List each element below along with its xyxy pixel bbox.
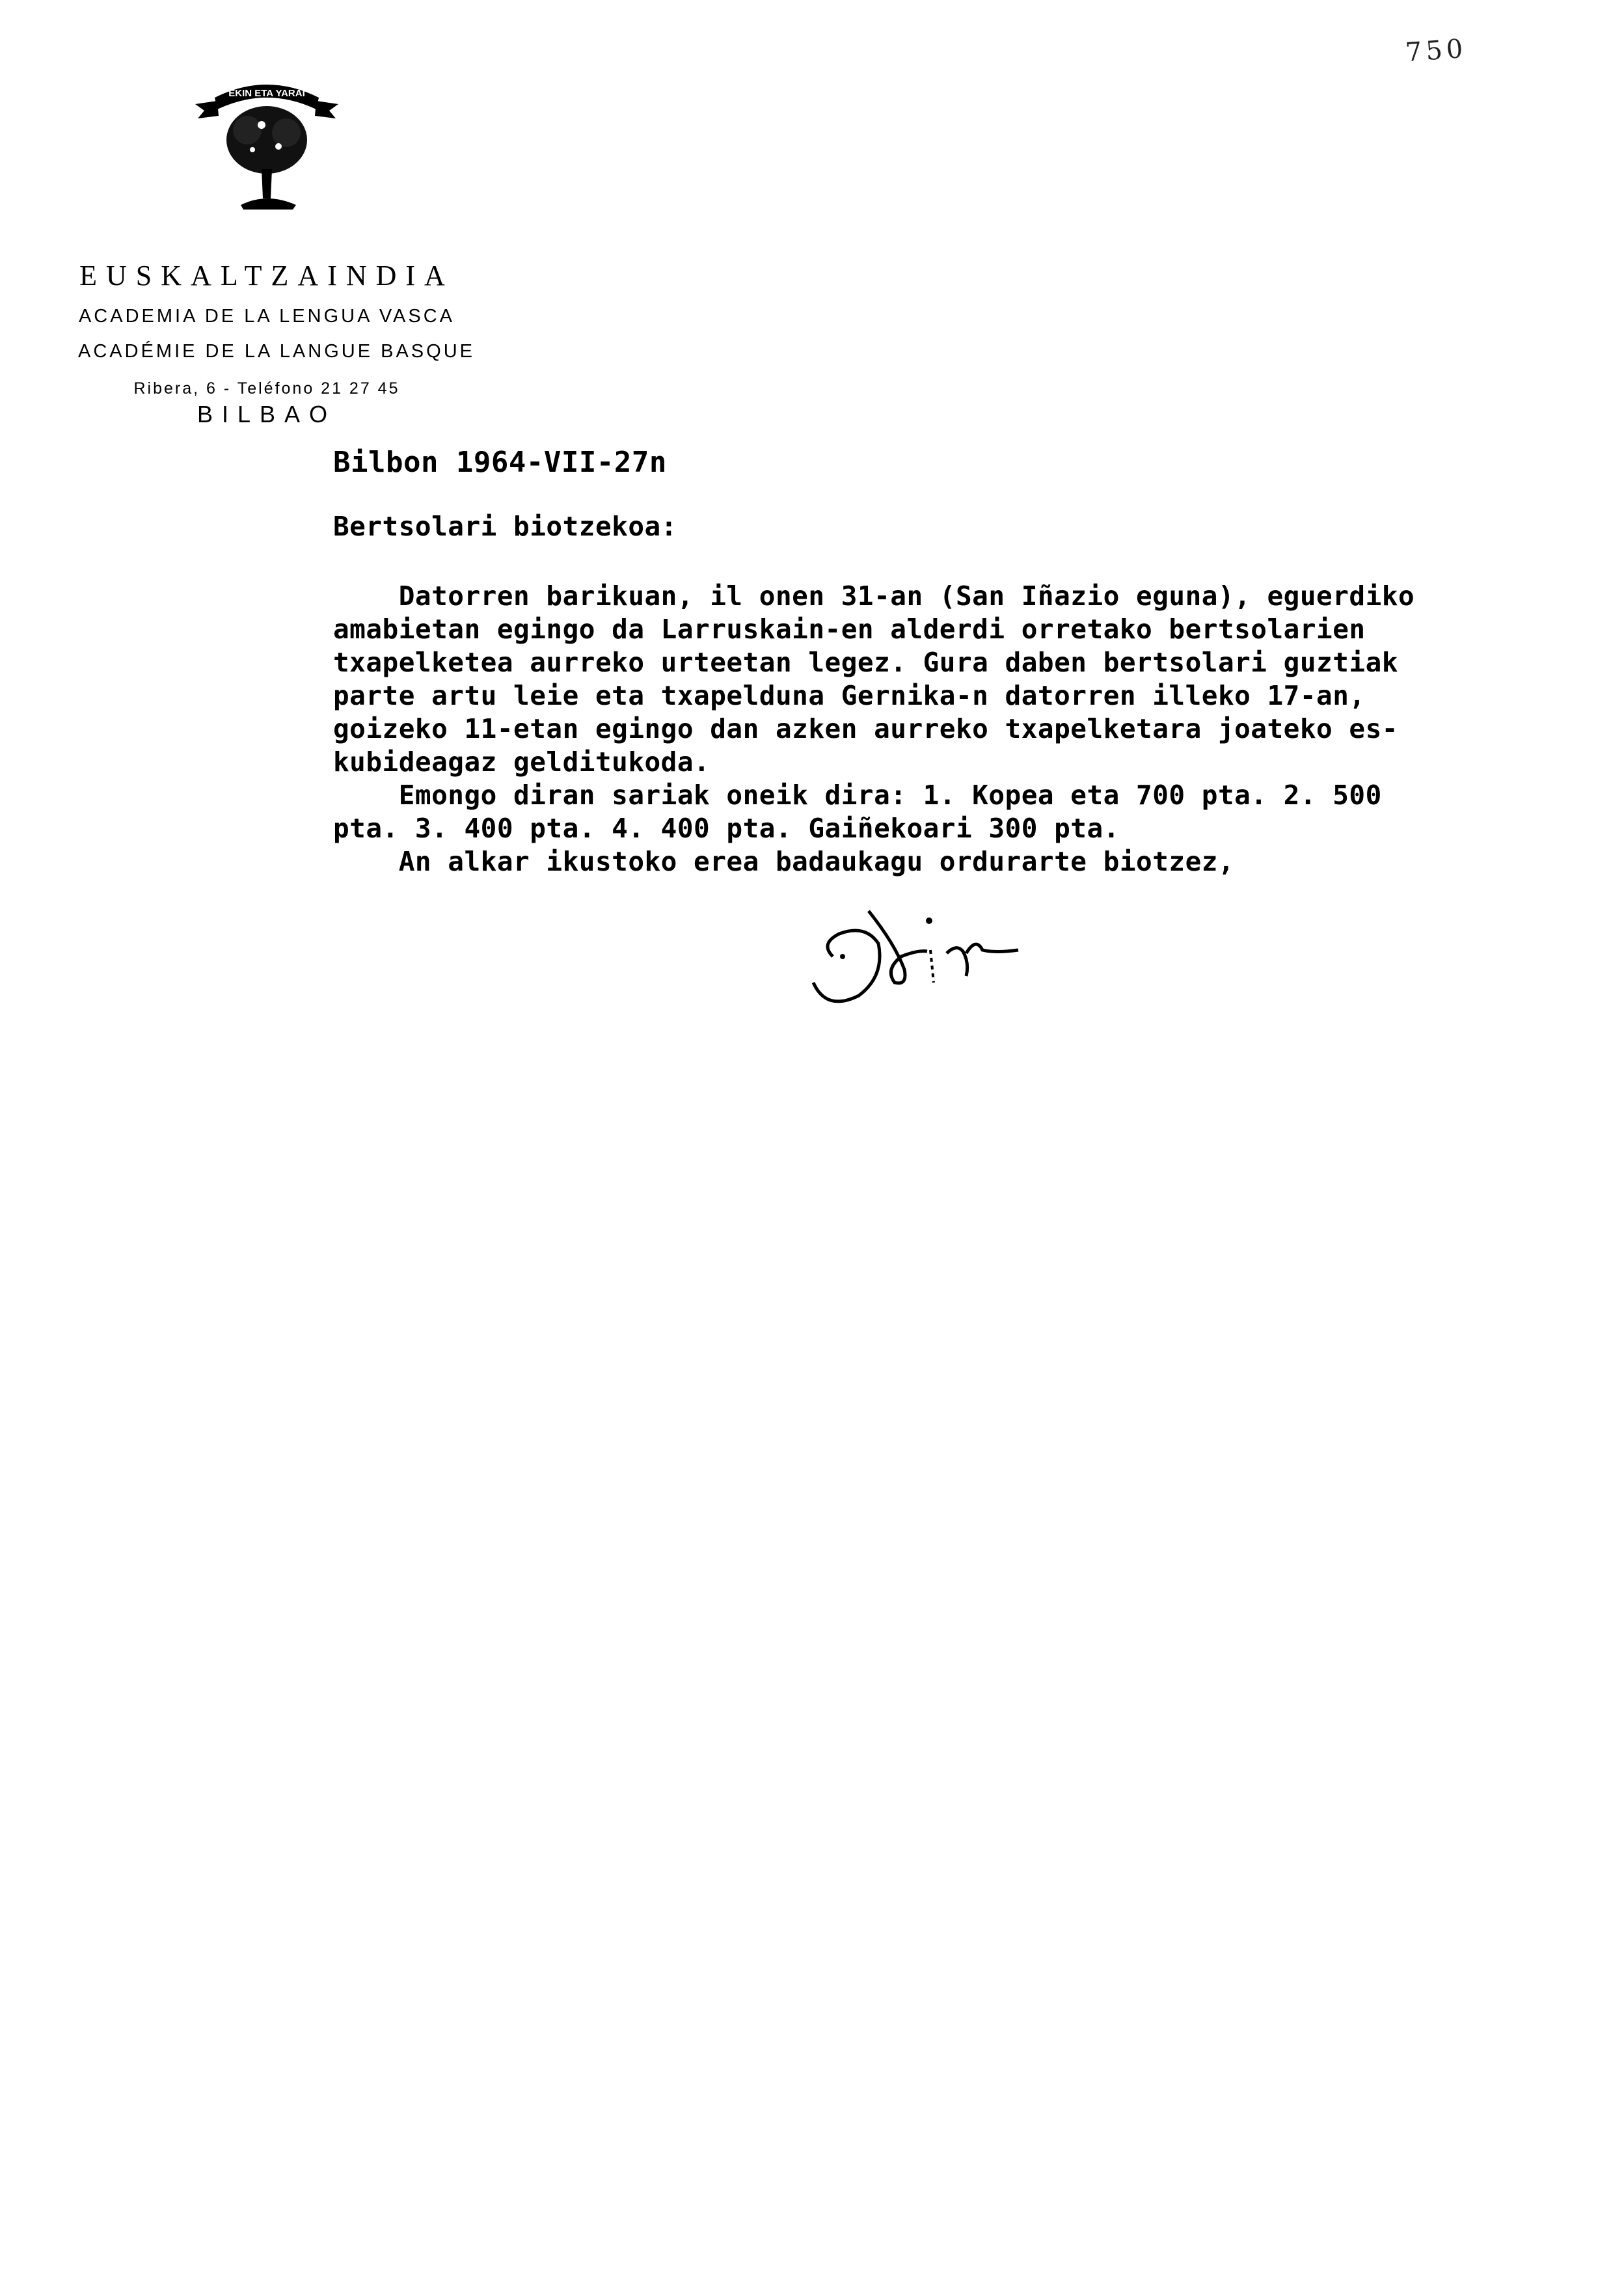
text-line: Emongo diran sariak oneik dira: 1. Kopea…: [333, 779, 1452, 812]
text-line: pta. 3. 400 pta. 4. 400 pta. Gaiñekoari …: [333, 812, 1452, 845]
subtitle-french: ACADÉMIE DE LA LANGUE BASQUE: [78, 340, 455, 362]
letter-date: Bilbon 1964-VII-27n: [333, 446, 1452, 479]
text-line: txapelketea aurreko urteetan legez. Gura…: [333, 646, 1452, 679]
text-line: Datorren barikuan, il onen 31-an (San Iñ…: [333, 580, 1452, 613]
archive-number: 750: [1405, 34, 1468, 68]
city: BILBAO: [78, 401, 455, 428]
letterhead: EKIN ETA YARAI EUSKALTZAINDIA ACADEMIA D…: [78, 65, 455, 428]
oak-tree-emblem-icon: EKIN ETA YARAI: [189, 65, 345, 215]
closing-line: An alkar ikustoko erea badaukagu ordurar…: [333, 845, 1452, 878]
address: Ribera, 6 - Teléfono 21 27 45: [78, 379, 455, 398]
paragraph-prizes: Emongo diran sariak oneik dira: 1. Kopea…: [333, 779, 1452, 845]
letter-body: Bilbon 1964-VII-27n Bertsolari biotzekoa…: [333, 446, 1452, 878]
text-line: parte artu leie eta txapelduna Gernika-n…: [333, 679, 1452, 713]
salutation: Bertsolari biotzekoa:: [333, 510, 1452, 543]
organization-name: EUSKALTZAINDIA: [78, 259, 455, 292]
handwritten-signature-icon: [787, 904, 1074, 1015]
subtitle-spanish: ACADEMIA DE LA LENGUA VASCA: [78, 305, 455, 327]
text-line: goizeko 11-etan egingo dan azken aurreko…: [333, 713, 1452, 746]
text-line: amabietan egingo da Larruskain-en alderd…: [333, 613, 1452, 646]
svg-text:EKIN ETA YARAI: EKIN ETA YARAI: [228, 88, 305, 99]
paragraph-announcement: Datorren barikuan, il onen 31-an (San Iñ…: [333, 580, 1452, 779]
text-line: kubideagaz gelditukoda.: [333, 746, 1452, 779]
